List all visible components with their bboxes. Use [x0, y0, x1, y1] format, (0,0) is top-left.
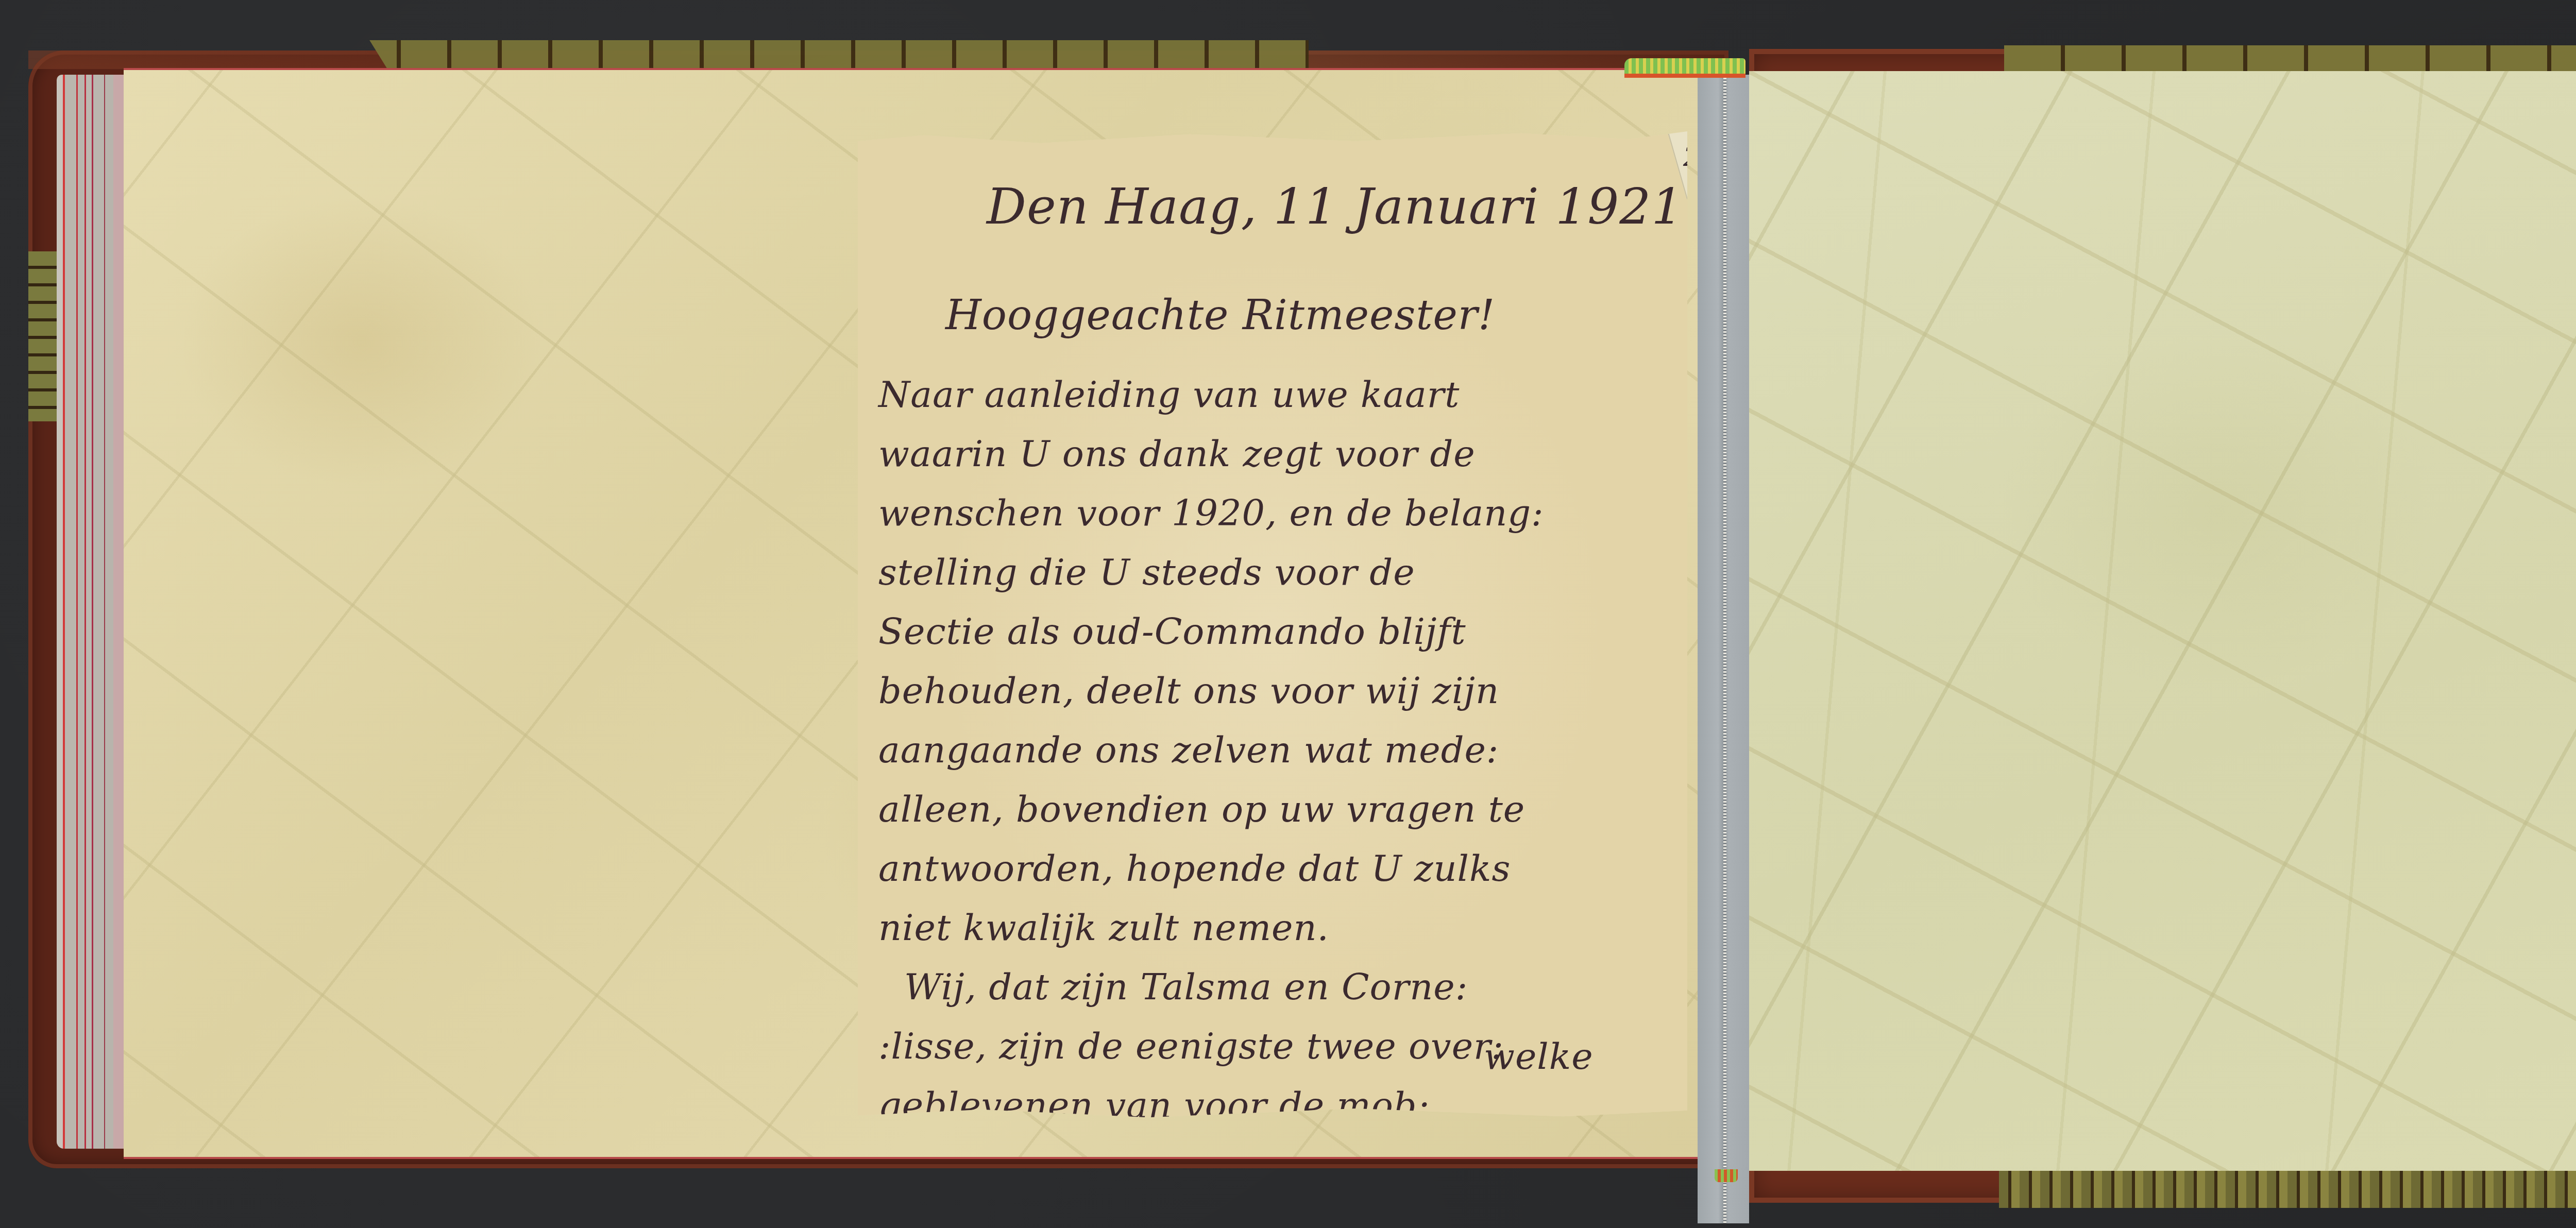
headband-top — [1624, 58, 1745, 78]
letter-salutation: Hooggeachte Ritmeester! — [945, 291, 1495, 339]
letter-date-line: Den Haag, 11 Januari 1921 — [987, 178, 1684, 235]
letter-line: wenschen voor 1920, en de belang: — [878, 492, 1544, 534]
letter-line: behouden, deelt ons voor wij zijn — [878, 670, 1499, 712]
letter-line: Wij, dat zijn Talsma en Corne: — [904, 966, 1468, 1008]
spine-stitching — [1723, 75, 1726, 1223]
letter-line: Naar aanleiding van uwe kaart — [878, 373, 1460, 416]
letter-line: alleen, bovendien op uw vragen te — [878, 788, 1525, 830]
letter-line: :lisse, zijn de eenigste twee over: — [878, 1025, 1504, 1067]
letter-line: stelling die U steeds voor de — [878, 551, 1415, 593]
letter-line: antwoorden, hopende dat U zulks — [878, 847, 1511, 890]
right-cover-marbled-strip-bottom — [1999, 1169, 2576, 1208]
marble-pattern — [1749, 71, 2576, 1171]
left-cover-marbled-strip-top — [350, 40, 1309, 71]
letter-line: Sectie als oud-Commando blijft — [878, 610, 1466, 653]
right-page-marbled-endpaper — [1749, 71, 2576, 1171]
handwritten-letter: 2 Den Haag, 11 Januari 1921 Hooggeachte … — [858, 131, 1687, 1120]
left-cover-marbled-strip-side — [28, 251, 57, 421]
letter-line: niet kwalijk zult nemen. — [878, 907, 1329, 949]
letter-catchword: welke — [1484, 1035, 1594, 1078]
headband-bottom — [1715, 1169, 1738, 1182]
letter-line: aangaande ons zelven wat mede: — [878, 729, 1499, 771]
letter-line: waarin U ons dank zegt voor de — [878, 433, 1476, 475]
page-stack-red-edges — [57, 75, 124, 1149]
